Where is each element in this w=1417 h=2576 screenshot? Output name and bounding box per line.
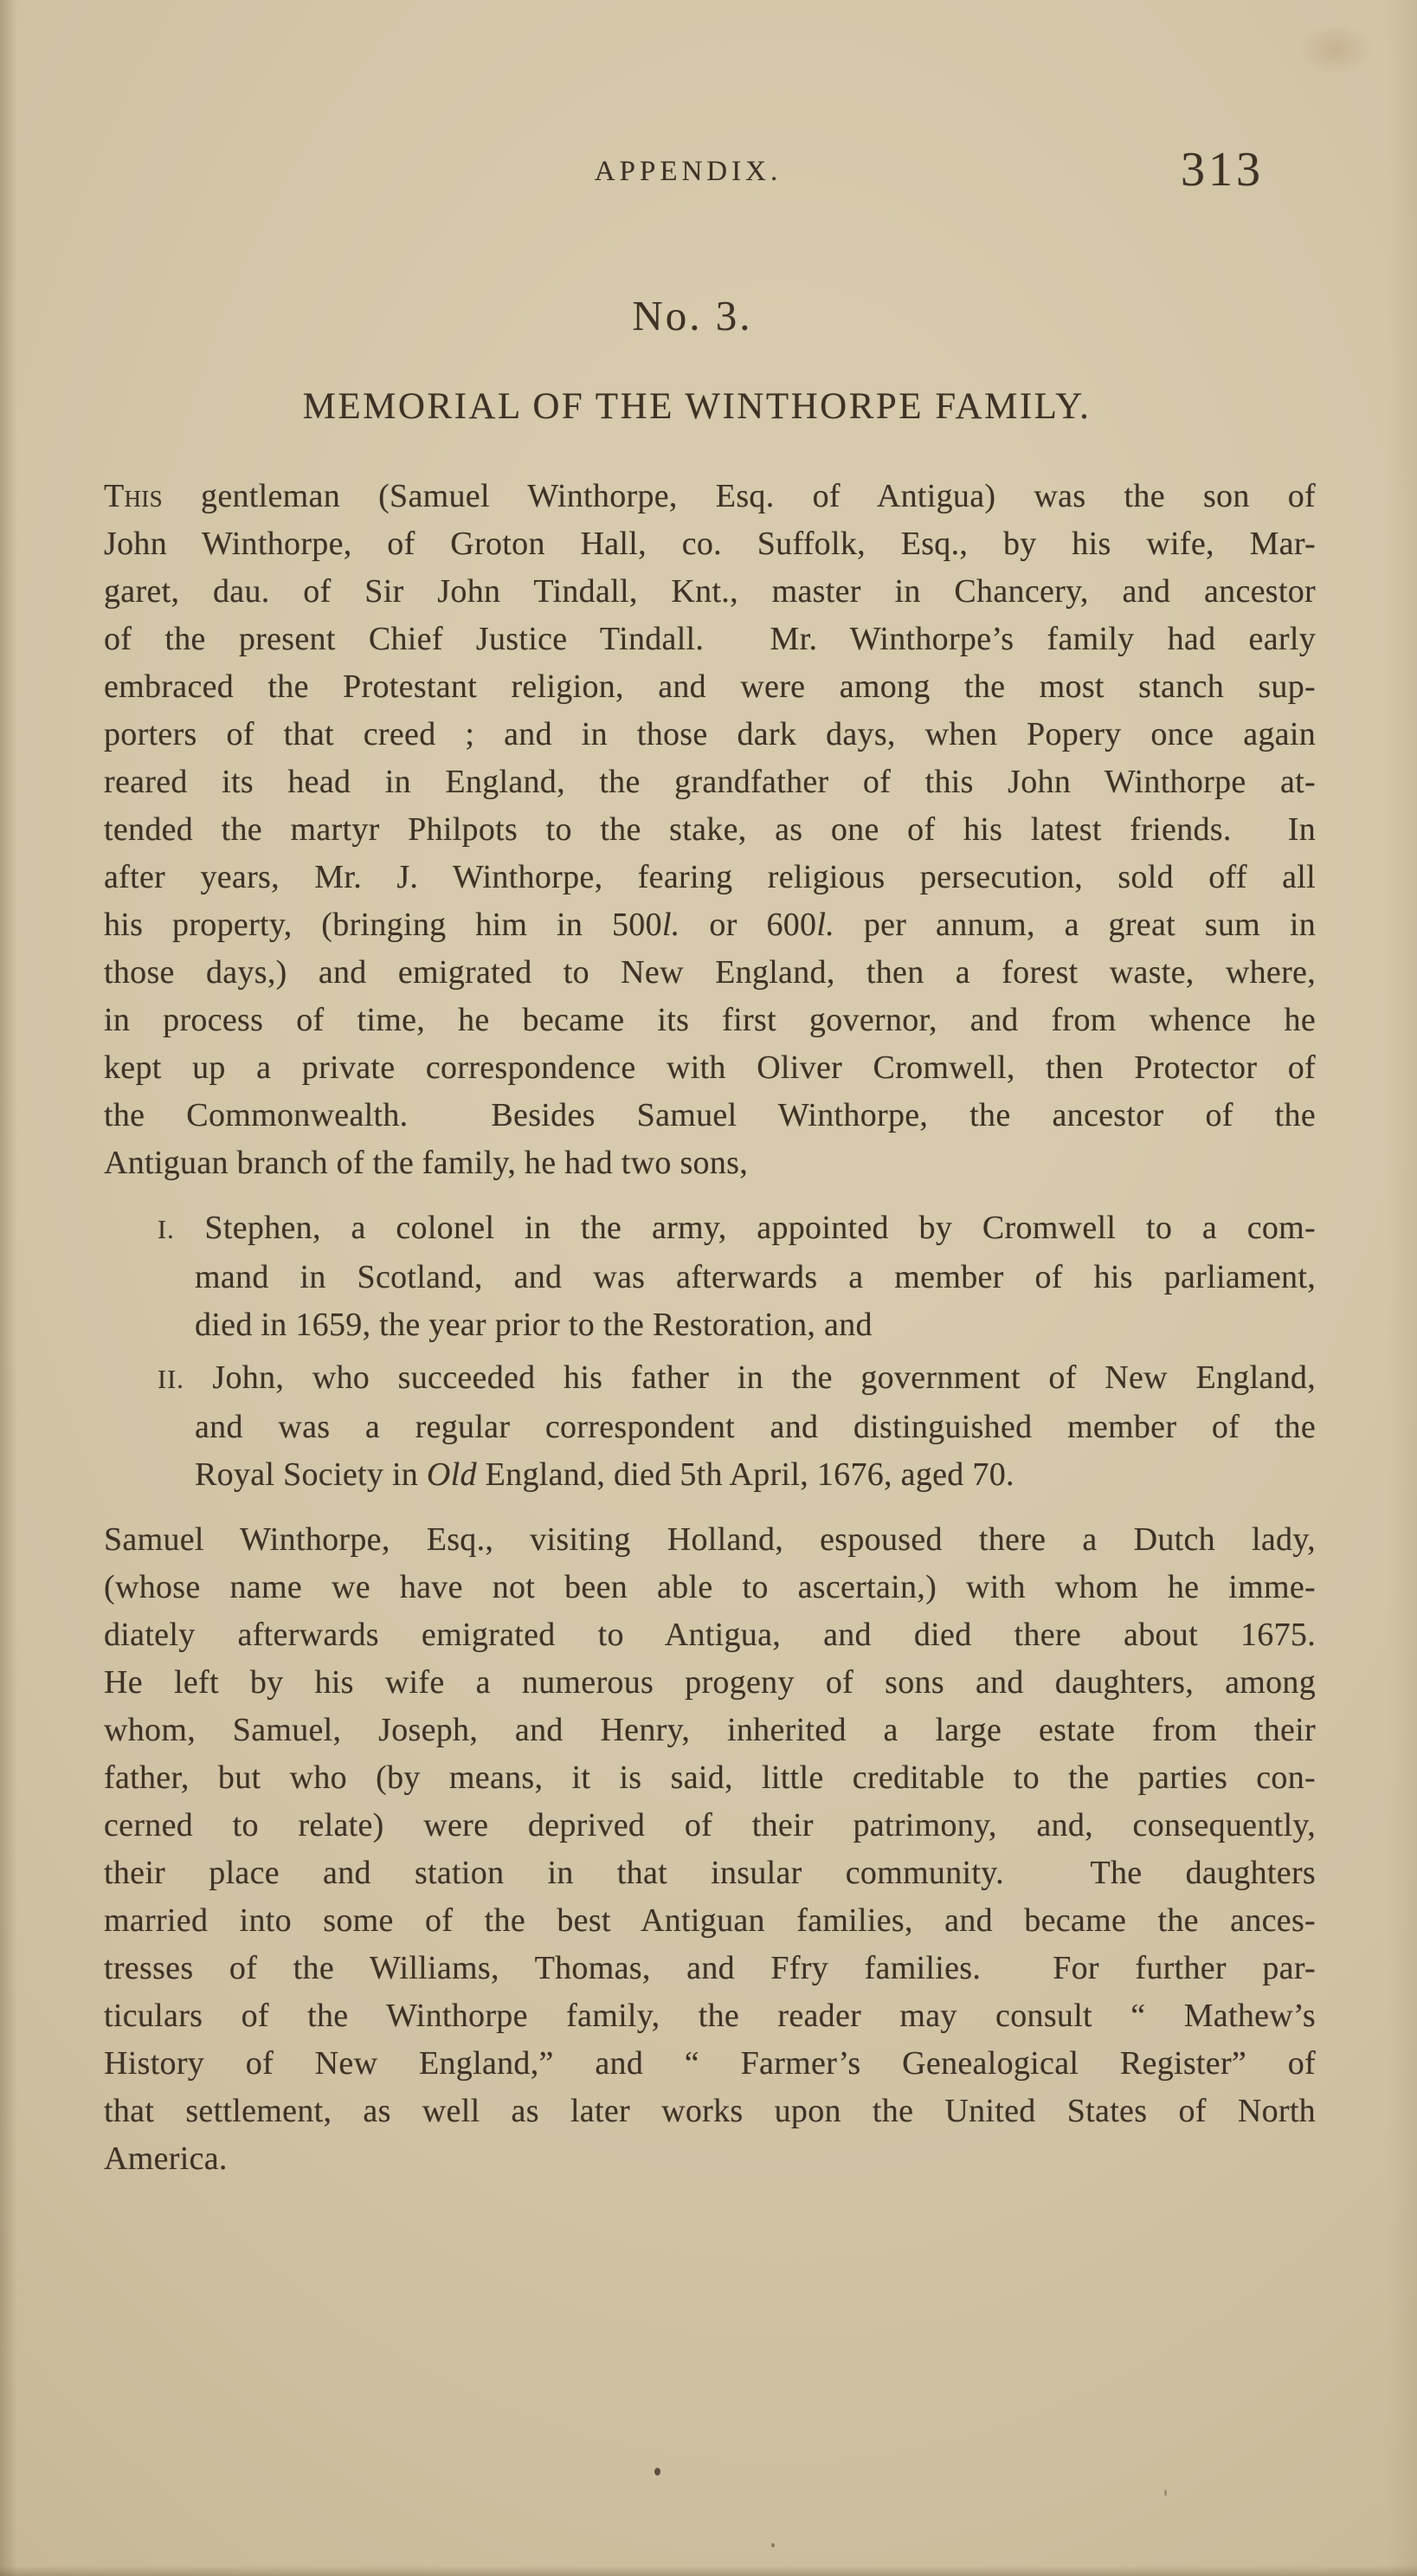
text-line: their place and station in that insular … [104,1850,1316,1897]
paragraph-1: This gentleman (Samuel Winthorpe, Esq. o… [104,473,1316,1187]
text-line: Antiguan branch of the family, he had tw… [104,1140,1316,1187]
text-line: in process of time, he became its first … [104,997,1316,1044]
text-line: that settlement, as well as later works … [104,2088,1316,2135]
paragraph-2: Samuel Winthorpe, Esq., visiting Holland… [104,1516,1316,2183]
text-line: tended the martyr Philpots to the stake,… [104,806,1316,854]
roman-numeral: II. [158,1365,184,1394]
roman-numeral: I. [158,1215,175,1244]
text-line: kept up a private correspondence with Ol… [104,1044,1316,1092]
text-line: those days,) and emigrated to New Englan… [104,949,1316,997]
text-segment: Stephen, a colonel in the army, appointe… [175,1210,1316,1246]
text-line: whom, Samuel, Joseph, and Henry, inherit… [104,1707,1316,1754]
text-line: John Winthorpe, of Groton Hall, co. Suff… [104,520,1316,568]
text-line: Samuel Winthorpe, Esq., visiting Holland… [104,1516,1316,1564]
italic-text: l. [662,907,680,943]
body-text: This gentleman (Samuel Winthorpe, Esq. o… [104,473,1316,2183]
text-line: mand in Scotland, and was afterwards a m… [195,1254,1316,1301]
italic-text: l. [816,907,834,943]
text-line: America. [104,2135,1316,2183]
text-line: (whose name we have not been able to asc… [104,1564,1316,1611]
text-segment: or 600 [680,907,817,943]
text-line: married into some of the best Antiguan f… [104,1897,1316,1945]
ink-speck [654,2468,660,2476]
text-segment: per annum, a great sum in [834,907,1316,943]
text-line: diately afterwards emigrated to Antigua,… [104,1611,1316,1659]
text-line: Royal Society in Old England, died 5th A… [195,1451,1316,1499]
text-segment: gentleman (Samuel Winthorpe, Esq. of Ant… [163,478,1316,514]
ink-speck [771,2543,775,2547]
text-segment: Royal Society in [195,1456,427,1493]
page-number: 313 [1181,145,1264,194]
text-line: and was a regular correspondent and dist… [195,1404,1316,1451]
text-line: This gentleman (Samuel Winthorpe, Esq. o… [104,473,1316,520]
running-header: APPENDIX. [0,158,1376,186]
text-line: cerned to relate) were deprived of their… [104,1802,1316,1850]
page-title: MEMORIAL OF THE WINTHORPE FAMILY. [0,388,1394,425]
text-line: of the present Chief Justice Tindall. Mr… [104,616,1316,663]
text-segment: John, who succeeded his father in the go… [184,1359,1316,1396]
text-line: father, but who (by means, it is said, l… [104,1754,1316,1802]
text-line: reared its head in England, the grandfat… [104,759,1316,806]
text-segment: England, died 5th April, 1676, aged 70. [477,1456,1014,1493]
book-page: APPENDIX. 313 No. 3. MEMORIAL OF THE WIN… [0,0,1417,2576]
text-line: porters of that creed ; and in those dar… [104,711,1316,759]
text-line: II. John, who succeeded his father in th… [158,1354,1316,1404]
text-line: garet, dau. of Sir John Tindall, Knt., m… [104,568,1316,616]
text-line: I. Stephen, a colonel in the army, appoi… [158,1204,1316,1254]
text-line: died in 1659, the year prior to the Rest… [195,1301,1316,1349]
text-line: He left by his wife a numerous progeny o… [104,1659,1316,1707]
sons-list: I. Stephen, a colonel in the army, appoi… [104,1204,1316,1499]
list-item-son-1: I. Stephen, a colonel in the army, appoi… [104,1204,1316,1349]
text-line: the Commonwealth. Besides Samuel Winthor… [104,1092,1316,1140]
text-line: ticulars of the Winthorpe family, the re… [104,1992,1316,2040]
small-caps-text: This [104,478,163,514]
text-line: History of New England,” and “ Farmer’s … [104,2040,1316,2088]
text-line: embraced the Protestant religion, and we… [104,663,1316,711]
italic-text: Old [427,1456,477,1493]
text-segment: his property, (bringing him in 500 [104,907,662,943]
section-number: No. 3. [0,294,1385,337]
ink-speck [1164,2489,1167,2496]
text-line: after years, Mr. J. Winthorpe, fearing r… [104,854,1316,901]
text-line: tresses of the Williams, Thomas, and Ffr… [104,1945,1316,1992]
text-line: his property, (bringing him in 500l. or … [104,901,1316,949]
list-item-son-2: II. John, who succeeded his father in th… [104,1354,1316,1499]
